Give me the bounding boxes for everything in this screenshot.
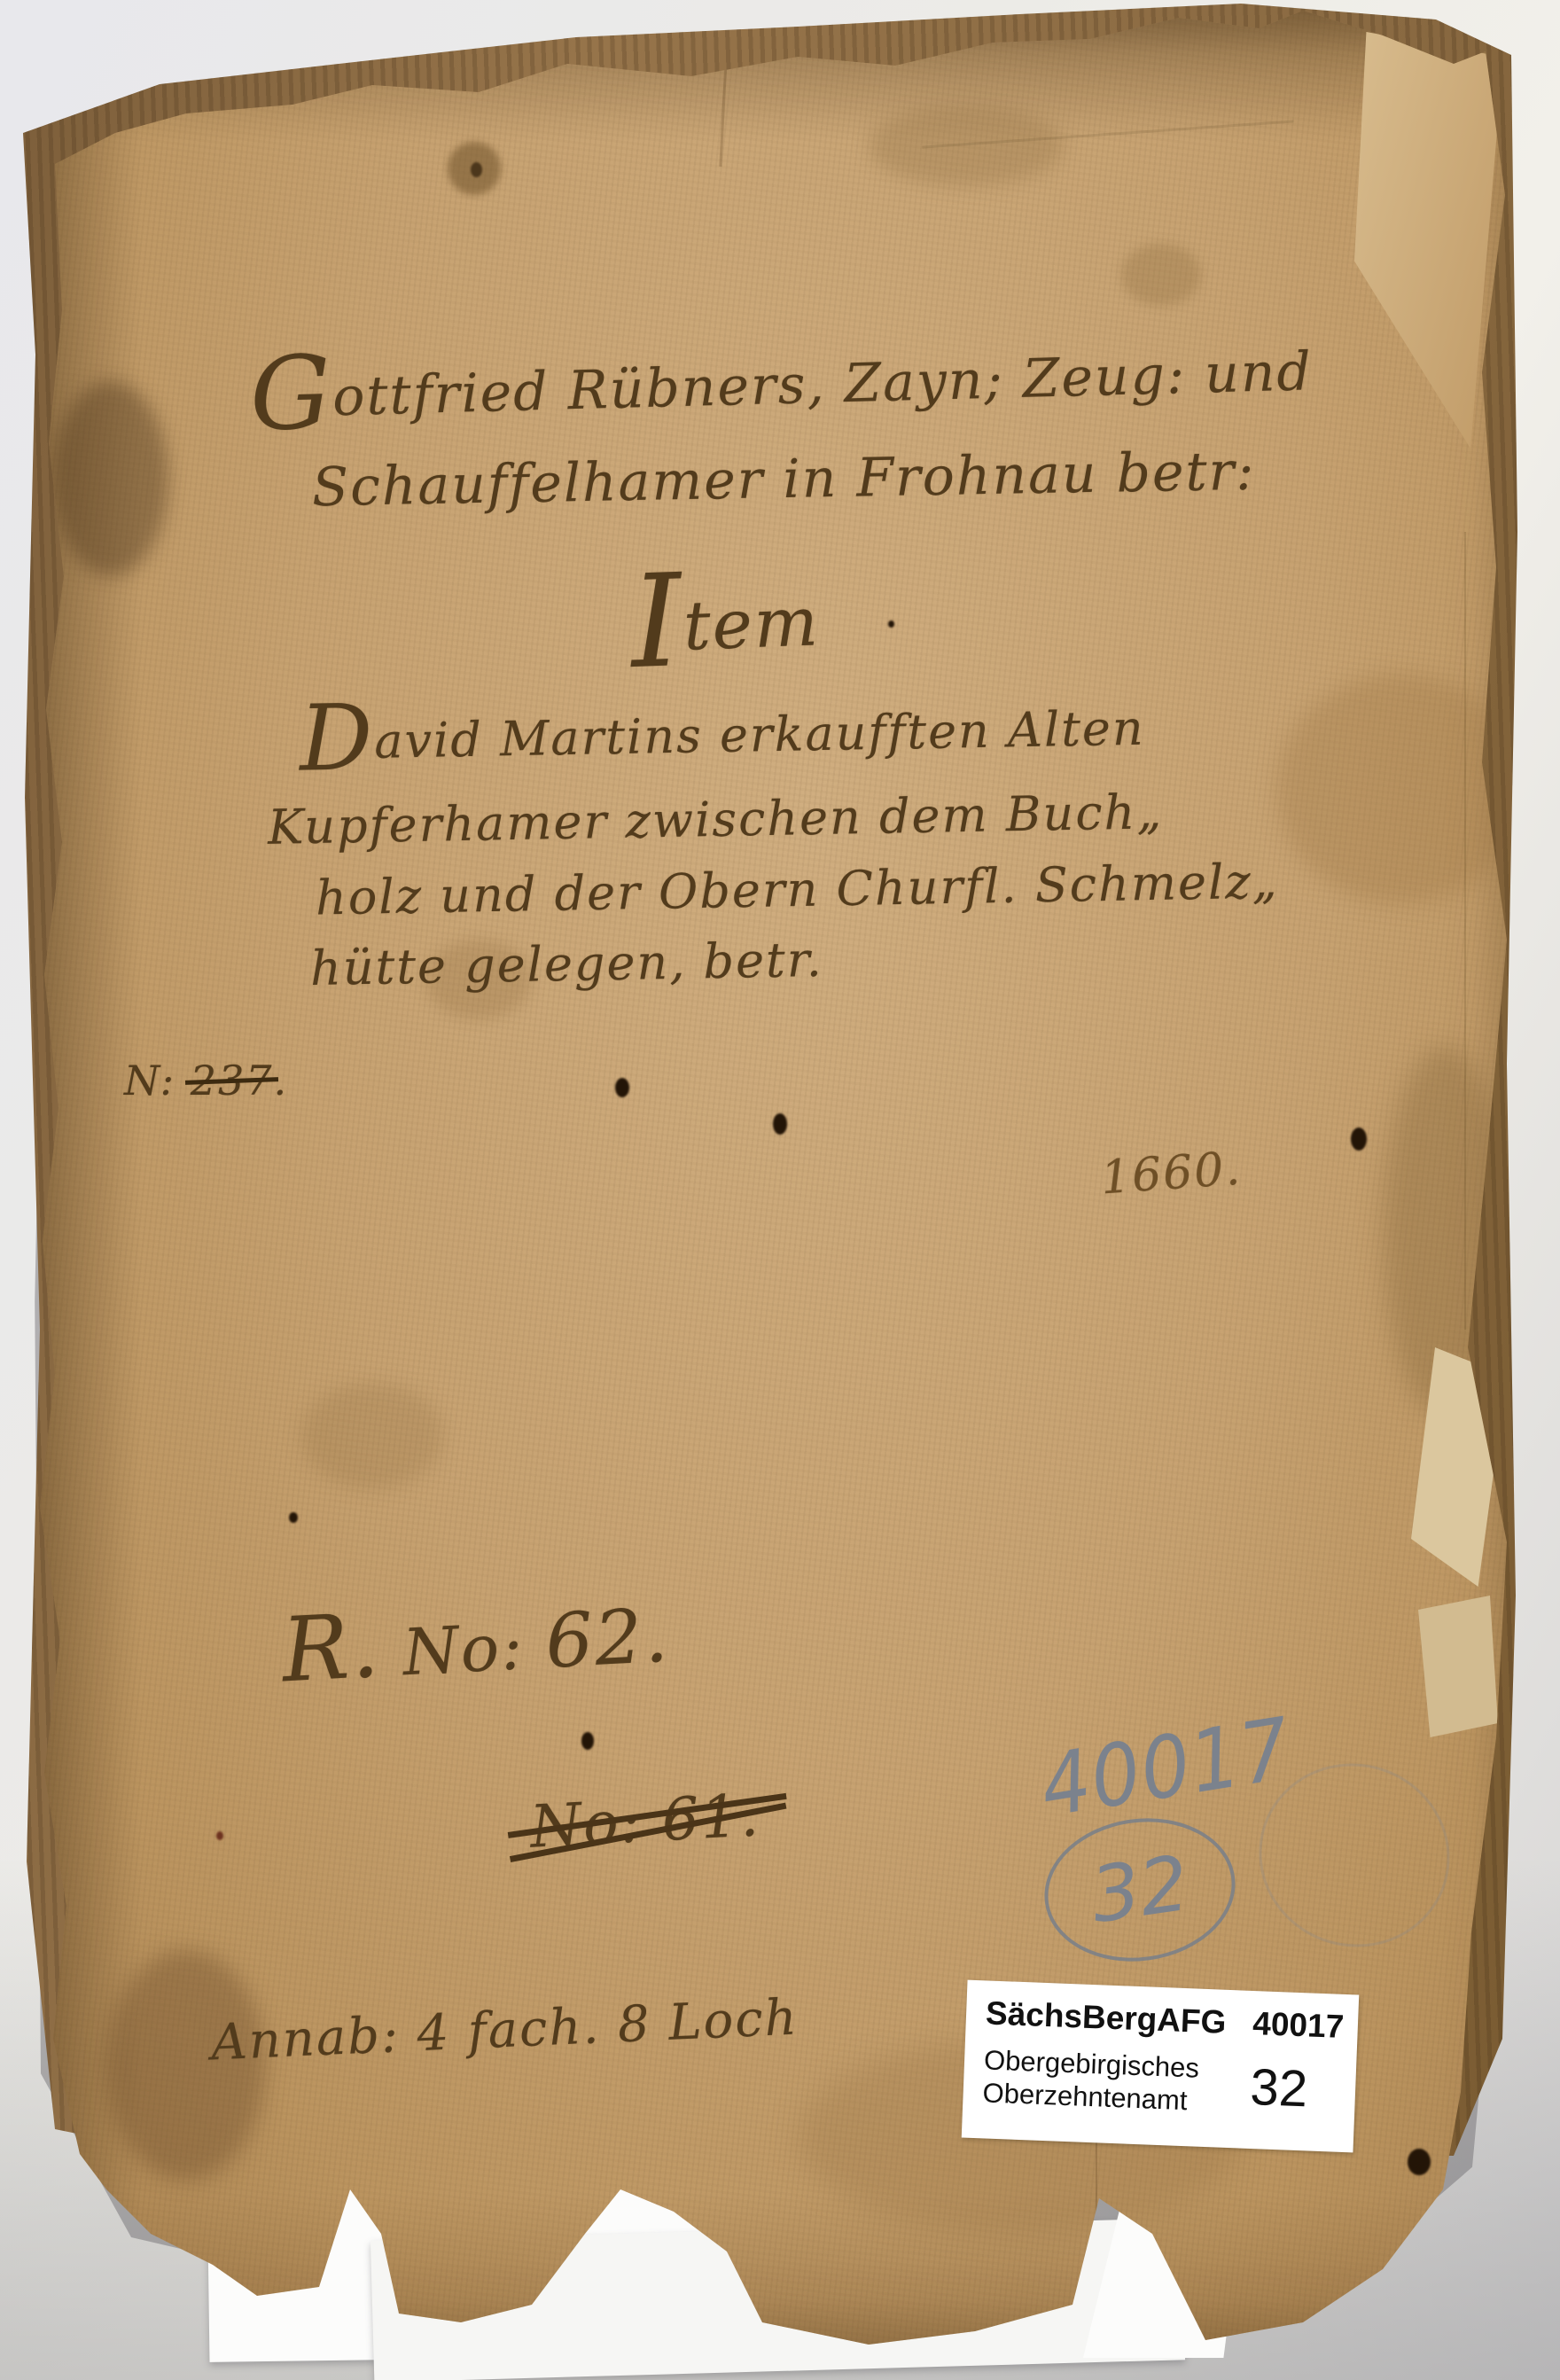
body-line-2: Kupferhamer zwischen dem Buch„ [268,784,1164,855]
office-name: Obergebirgisches Oberzehntenamt [982,2044,1200,2117]
ink-blot [615,1078,629,1097]
heading-line-2: Schauffelhamer in Frohnau betr: [311,441,1256,519]
repository-value: 62. [543,1592,672,1685]
repository-no: No: [401,1609,526,1689]
ink-blot [581,1732,594,1750]
circled-number-text: 32 [1086,1839,1194,1940]
ink-blot [471,162,482,177]
ink-blot [216,1831,223,1840]
stain [53,381,168,576]
body-line-4: hütte gelegen, betr. [309,932,823,996]
archive-code: SächsBergAFG [985,1994,1227,2041]
repository-number: R. No: 62. [279,1579,672,1703]
fond-number: 40017 [1252,2005,1345,2046]
shelf-note: Annab: 4 fach. 8 Loch [210,1989,799,2072]
item-rest: tem [682,581,822,665]
heading-line-1-text: ottfried Rübners, Zayn; Zeug: und [331,340,1313,428]
crease-line [1464,532,1466,1330]
repository-r: R. [279,1594,383,1703]
stain [301,1383,443,1489]
item-initial: I [628,547,686,698]
old-number-prefix: N: [124,1057,175,1104]
scan-background: Gottfried Rübners, Zayn; Zeug: und Schau… [0,0,1560,2380]
paper-flap [1354,32,1503,449]
pencil-number: 40017 [1034,1698,1299,1836]
old-archive-number: N: 237. [124,1057,288,1104]
body-line-1-text: avid Martins erkaufften Alten [374,700,1145,769]
crossed-out-number: No: 61. [528,1781,761,1861]
body-initial: D [299,685,375,792]
stain [869,106,1064,186]
paper-flap [1418,1596,1498,1737]
heading-initial: G [248,333,334,453]
heading-line-1: Gottfried Rübners, Zayn; Zeug: und [249,340,1313,430]
archive-label: SächsBergAFG 40017 Obergebirgisches Ober… [962,1980,1360,2153]
item-heading: Item [630,581,822,667]
ink-blot [888,620,894,628]
ink-blot [289,1512,298,1523]
body-line-1: David Martins erkaufften Alten [300,700,1146,771]
year: 1660. [1099,1143,1244,1206]
stain [1121,244,1201,306]
manuscript-cover: Gottfried Rübners, Zayn; Zeug: und Schau… [0,0,1560,2380]
ink-blot [773,1113,787,1135]
old-number-value-struck: 237 [191,1057,274,1104]
body-line-3: holz und der Obern Churfl. Schmelz„ [316,854,1280,926]
archive-label-row1: SächsBergAFG 40017 [985,1994,1340,2045]
archive-label-row2: Obergebirgisches Oberzehntenamt 32 [982,2044,1339,2122]
ink-blot [1351,1128,1367,1151]
label-item-number: 32 [1249,2057,1338,2120]
ink-blot [1408,2149,1431,2175]
